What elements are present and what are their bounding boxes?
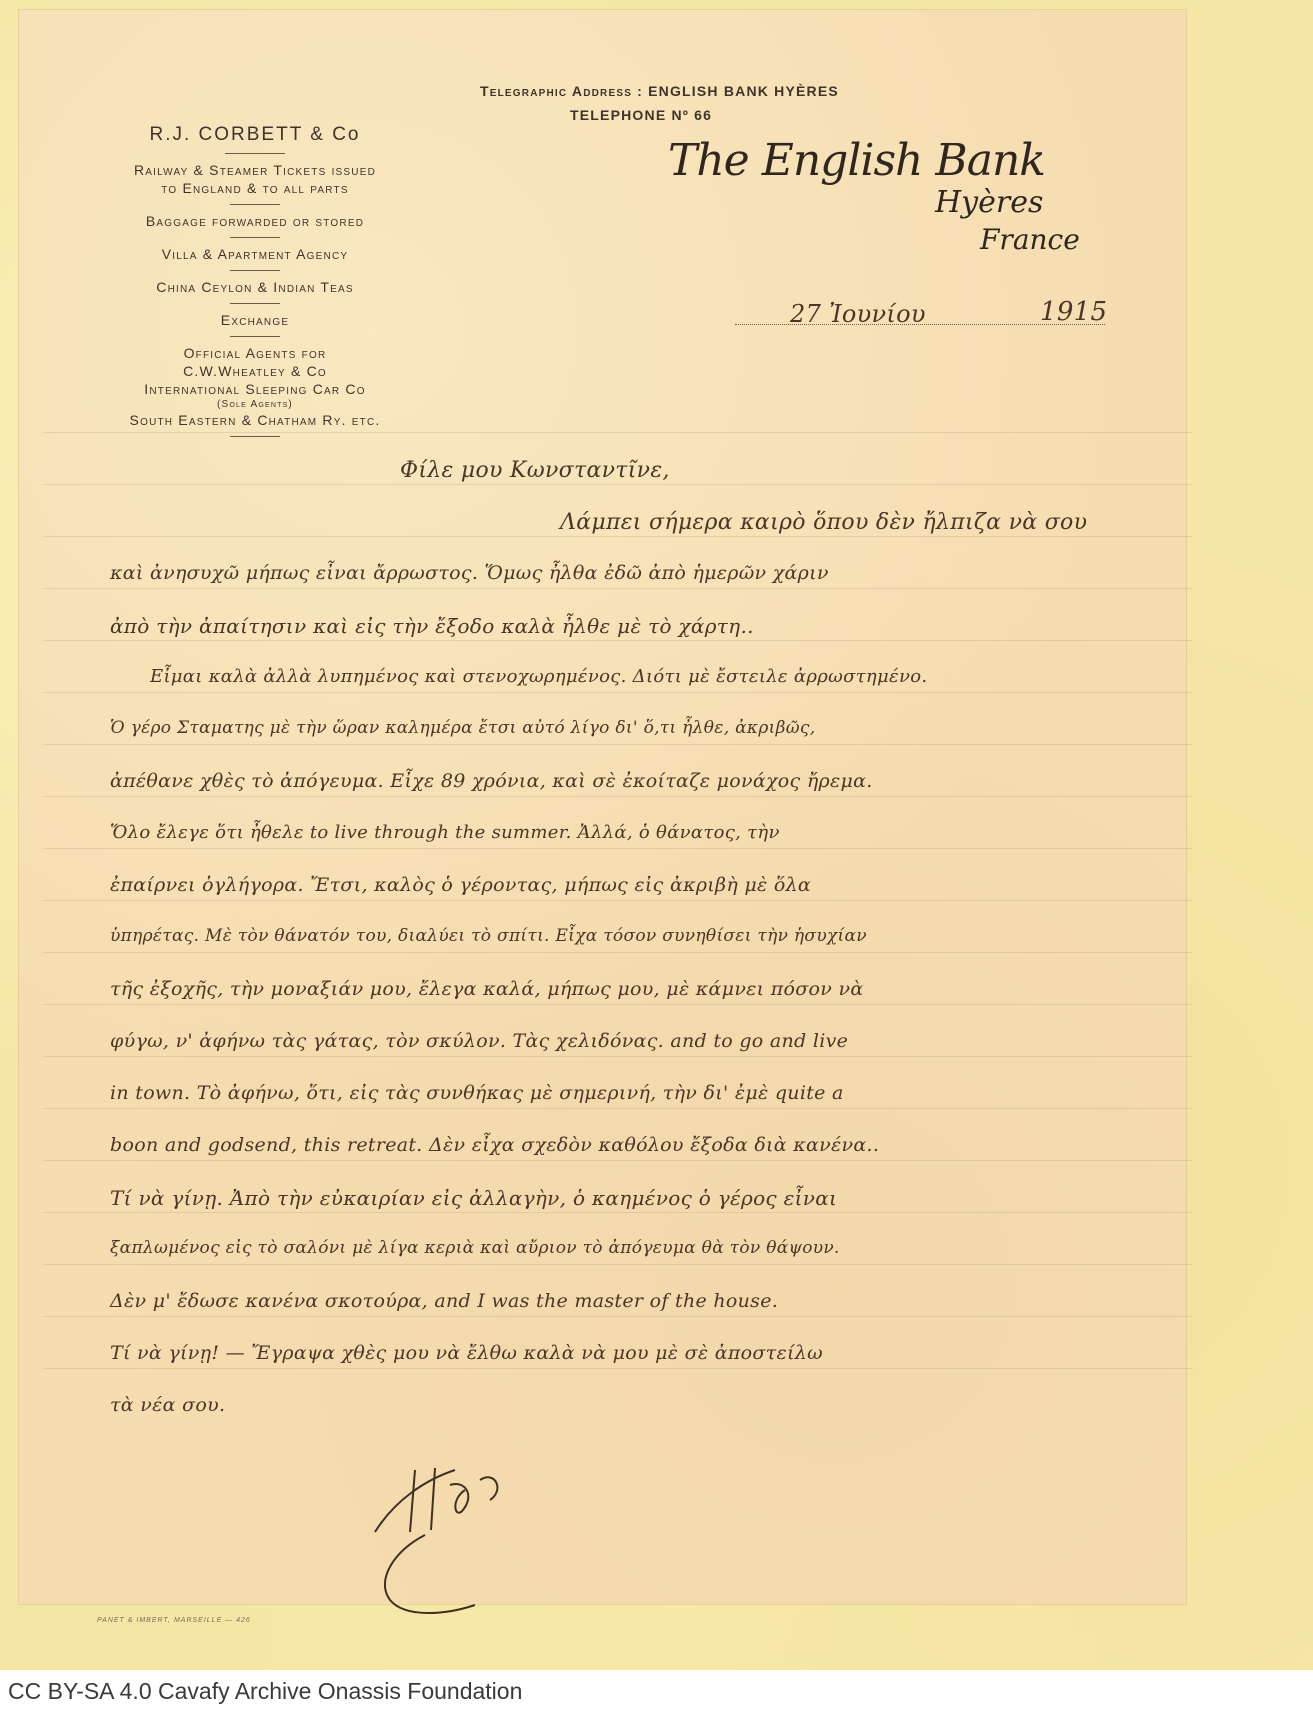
letterhead-item: International Sleeping Car Co (90, 380, 420, 398)
divider (230, 436, 280, 437)
letter-line: Ὁ γέρο Σταματης μὲ τὴν ὥραν καλημέρα ἔτσ… (110, 718, 815, 738)
letterhead-item: (Sole Agents) (90, 398, 420, 411)
letterhead-item: Railway & Steamer Tickets issued (90, 161, 420, 179)
letter-line: Δὲν μ' ἔδωσε κανένα σκοτούρα, and I was … (110, 1290, 778, 1312)
letter-line: in town. Τὸ ἀφήνω, ὅτι, εἰς τὰς συνθήκας… (110, 1082, 844, 1104)
letterhead-left-block: R.J. CORBETT & Co Railway & Steamer Tick… (90, 124, 420, 444)
letter-line: Ὅλο ἔλεγε ὅτι ἦθελε to live through the … (110, 822, 780, 843)
letter-line: ἀπὸ τὴν ἀπαίτησιν καὶ εἰς τὴν ἔξοδο καλὰ… (110, 614, 754, 638)
letterhead-item: Baggage forwarded or stored (90, 212, 420, 230)
letterhead-item: China Ceylon & Indian Teas (90, 278, 420, 296)
divider (230, 270, 280, 271)
letter-line: τὰ νέα σου. (110, 1394, 225, 1416)
letter-line: τῆς ἐξοχῆς, τὴν μοναξιάν μου, ἔλεγα καλά… (110, 978, 863, 1000)
letter-line: φύγω, ν' ἀφήνω τὰς γάτας, τὸν σκύλον. Τὰ… (110, 1030, 848, 1052)
letter-line: ἐπαίρνει ὀγλήγορα. Ἔτσι, καλὸς ὁ γέροντα… (110, 874, 811, 896)
letterhead-item: to England & to all parts (90, 179, 420, 197)
letterhead-item: Villa & Apartment Agency (90, 245, 420, 263)
date-day-month: 27 Ἰουνίου (790, 300, 926, 328)
telephone-number: TELEPHONE Nº 66 (570, 107, 712, 123)
letterhead-company-name: R.J. CORBETT & Co (90, 124, 420, 146)
letterhead-item: Official Agents for (90, 344, 420, 362)
bank-country: France (980, 223, 1080, 256)
letter-line: καὶ ἀνησυχῶ μήπως εἶναι ἄρρωστος. Ὅμως ἦ… (110, 562, 829, 584)
letter-line: ἀπέθανε χθὲς τὸ ἀπόγευμα. Εἶχε 89 χρόνια… (110, 770, 873, 792)
letter-line: ξαπλωμένος εἰς τὸ σαλόνι μὲ λίγα κεριὰ κ… (110, 1238, 840, 1258)
letterhead-item: Exchange (90, 311, 420, 329)
letterhead-item: C.W.Wheatley & Co (90, 362, 420, 380)
bank-name: The English Bank (668, 135, 1045, 186)
bank-city: Hyères (935, 185, 1043, 220)
divider (225, 153, 285, 154)
letterhead-item: South Eastern & Chatham Ry. etc. (90, 411, 420, 429)
letter-line: ὑπηρέτας. Μὲ τὸν θάνατόν του, διαλύει τὸ… (110, 926, 867, 946)
date-year: 1915 (1040, 297, 1107, 327)
letter-line: Εἶμαι καλὰ ἀλλὰ λυπημένος καὶ στενοχωρημ… (150, 666, 927, 687)
telegraphic-address: Telegraphic Address : ENGLISH BANK HYÈRE… (480, 83, 900, 99)
letter-line: boon and godsend, this retreat. Δὲν εἶχα… (110, 1134, 879, 1156)
letter-line: Λάμπει σήμερα καιρὸ ὅπου δὲν ἤλπιζα νὰ σ… (560, 510, 1087, 535)
divider (230, 237, 280, 238)
divider (230, 204, 280, 205)
license-credit: CC BY-SA 4.0 Cavafy Archive Onassis Foun… (8, 1678, 522, 1705)
letter-line: Τί νὰ γίνῃ. Ἀπὸ τὴν εὐκαιρίαν εἰς ἀλλαγὴ… (110, 1186, 837, 1210)
salutation: Φίλε μου Κωνσταντῖνε, (400, 458, 670, 483)
printer-imprint: PANET & IMBERT, MARSEILLE — 426 (97, 1617, 251, 1624)
letter-line: Τί νὰ γίνῃ! — Ἔγραψα χθὲς μου νὰ ἔλθω κα… (110, 1342, 823, 1364)
divider (230, 303, 280, 304)
divider (230, 336, 280, 337)
